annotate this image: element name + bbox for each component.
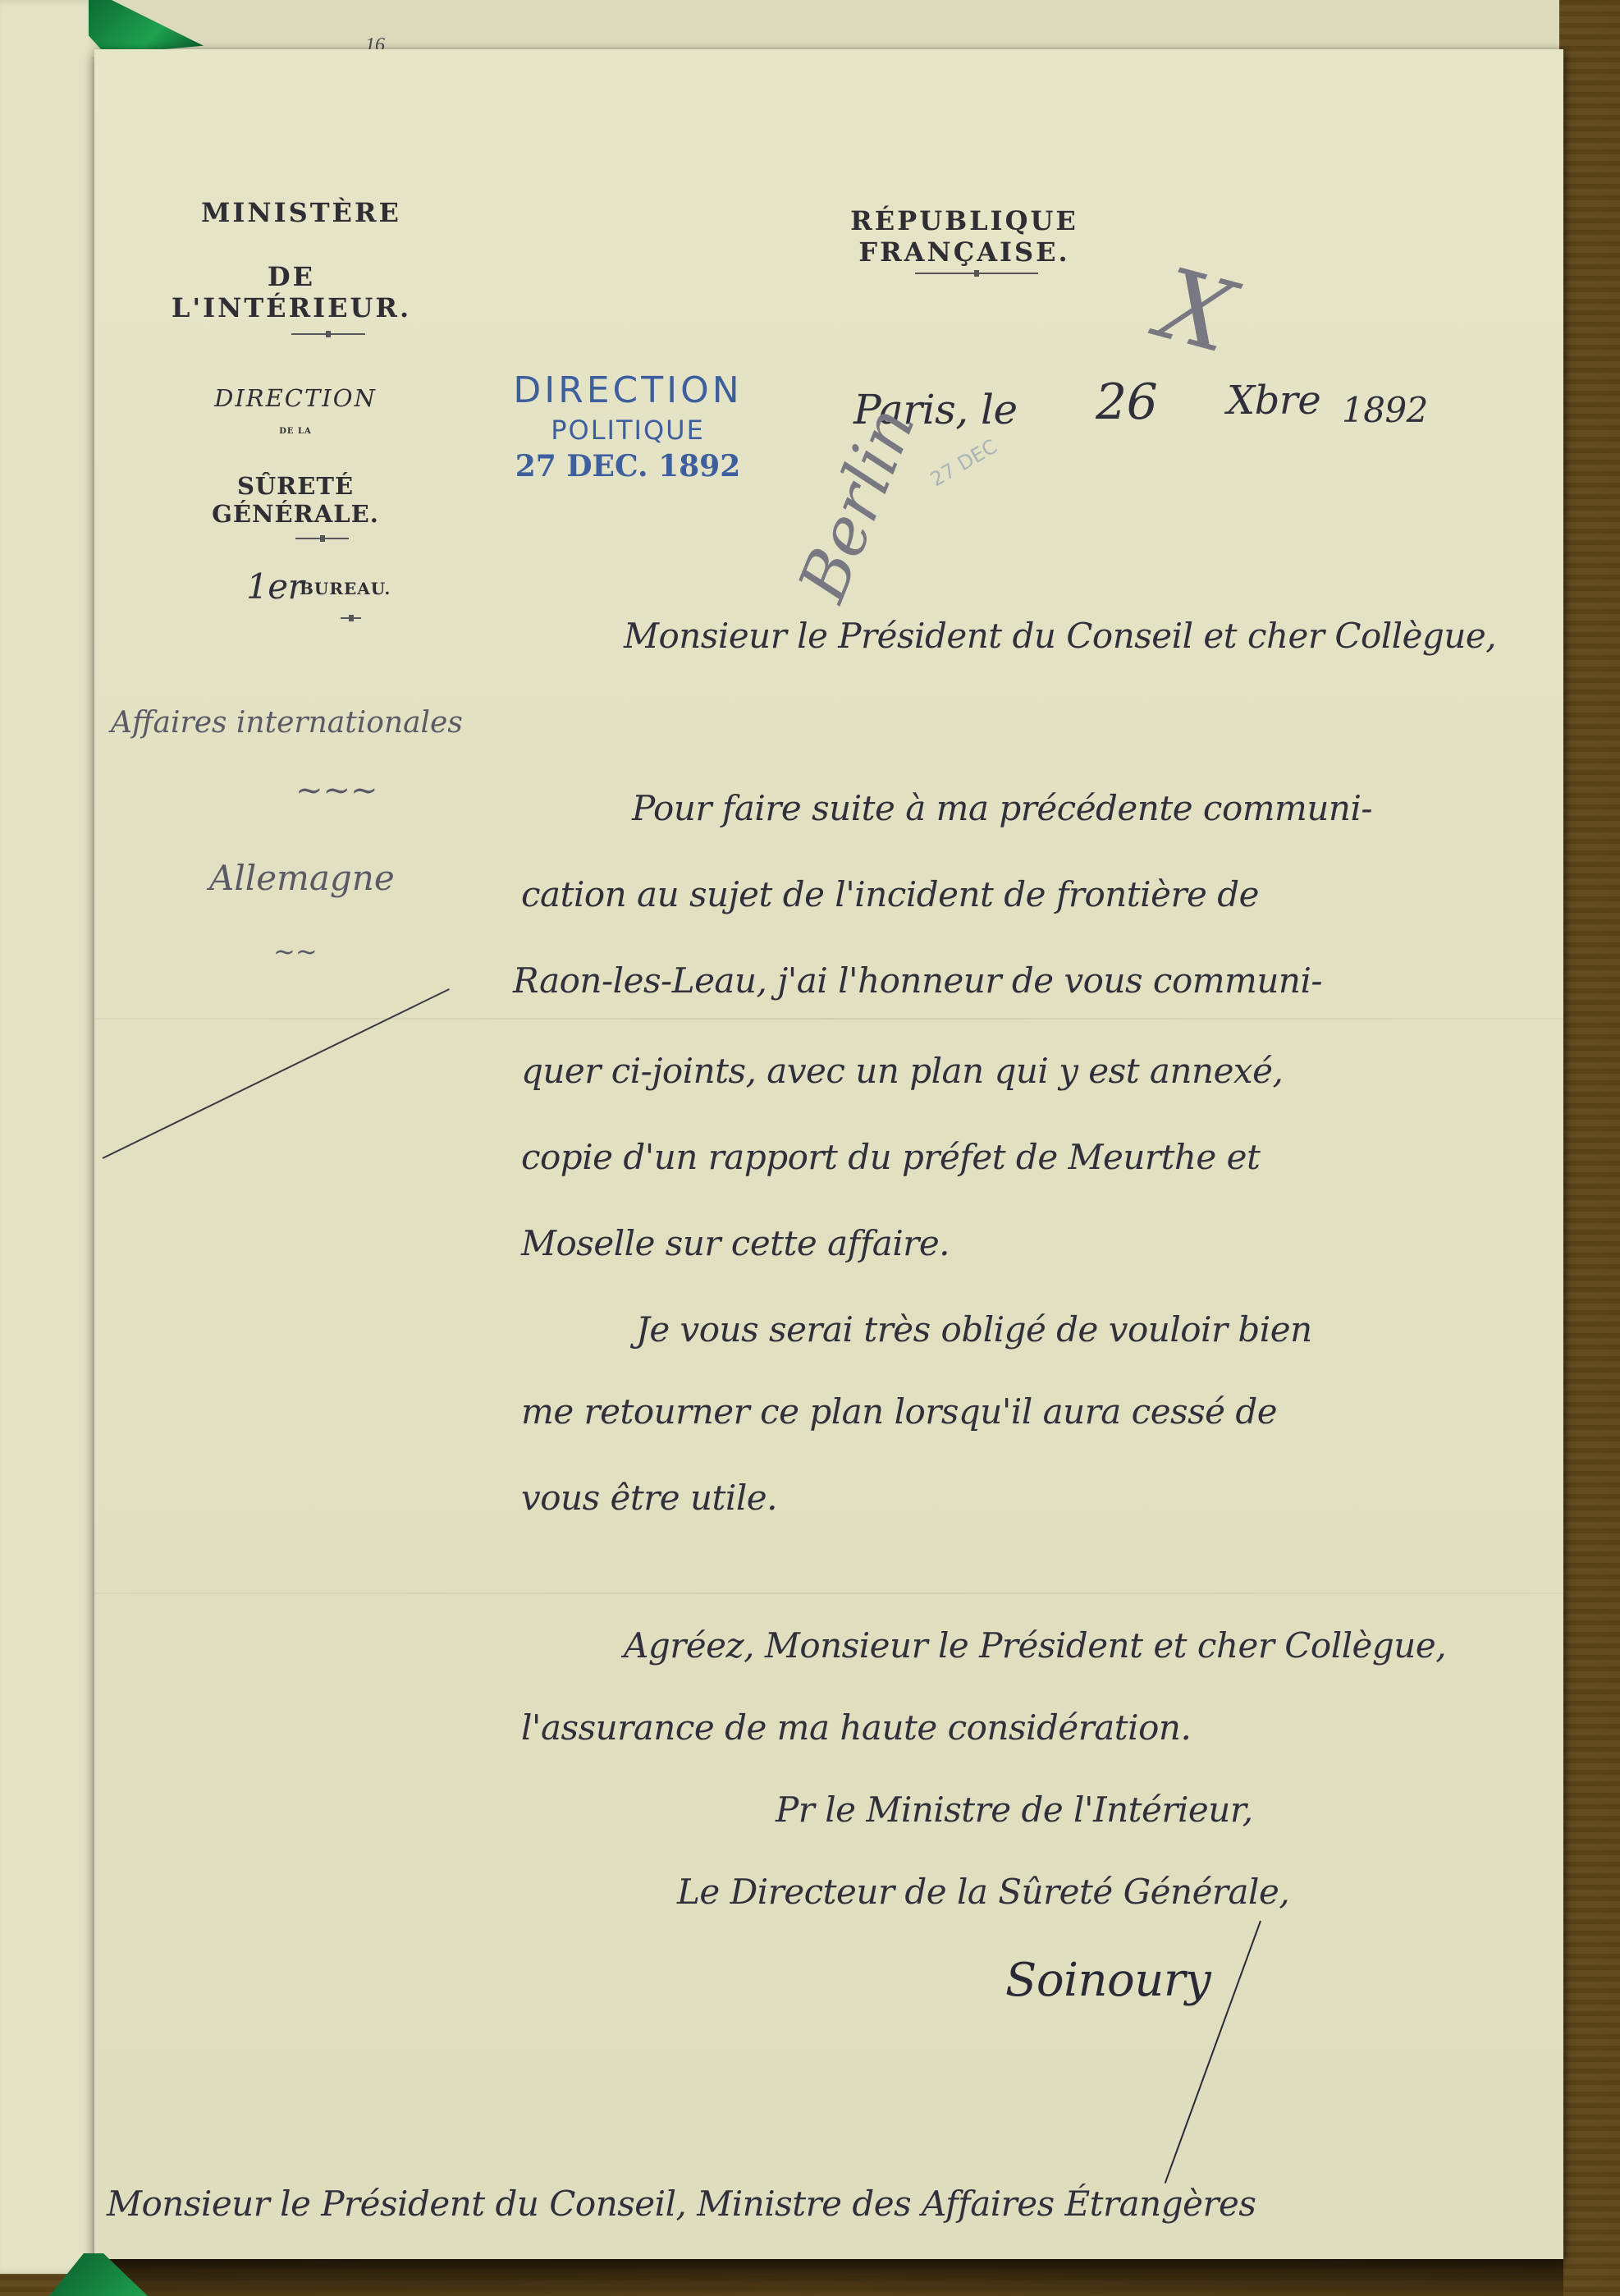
margin-subject: Affaires internationales	[111, 706, 463, 740]
stamp-line-1: DIRECTION	[501, 369, 755, 411]
body-line: vous être utile.	[521, 1478, 777, 1518]
margin-country: Allemagne	[209, 858, 395, 898]
margin-squiggle: ~~~	[295, 772, 378, 809]
direction-politique-stamp: DIRECTION POLITIQUE 27 DEC. 1892	[501, 369, 755, 483]
margin-squiggle: ~~	[273, 936, 318, 967]
bureau-label: BUREAU.	[300, 579, 390, 598]
letter-page: MINISTÈRE DE L'INTÉRIEUR. DIRECTION DE L…	[94, 49, 1563, 2259]
faint-date-stamp: 27 DEC	[927, 435, 1001, 492]
body-line: Pour faire suite à ma précédente communi…	[632, 788, 1372, 828]
diagonal-pen-line	[103, 988, 450, 1159]
salutation: Monsieur le Président du Conseil et cher…	[624, 616, 1496, 656]
paper-fold	[94, 1018, 1563, 1020]
addressee-line: Monsieur le Président du Conseil, Minist…	[107, 2184, 1256, 2224]
body-line: copie d'un rapport du préfet de Meurthe …	[521, 1137, 1260, 1177]
body-line: cation au sujet de l'incident de frontiè…	[521, 874, 1259, 914]
stamp-date: 27 DEC. 1892	[501, 449, 755, 483]
body-line: me retourner ce plan lorsqu'il aura cess…	[521, 1391, 1277, 1432]
ministry-line-2: DE L'INTÉRIEUR.	[168, 261, 414, 323]
ornament-divider	[295, 538, 349, 539]
republic-heading: RÉPUBLIQUE FRANÇAISE.	[751, 205, 1178, 268]
stamp-line-2: POLITIQUE	[501, 415, 755, 446]
de-la-label: DE LA	[279, 427, 312, 436]
folder-cover-left	[0, 0, 98, 2274]
dateline-day: 26	[1096, 374, 1157, 431]
dateline-year: 1892	[1342, 390, 1428, 430]
dateline-month: Xbre	[1227, 378, 1320, 424]
ornament-divider	[915, 273, 1038, 274]
body-line: Je vous serai très obligé de vouloir bie…	[636, 1309, 1312, 1350]
direction-label: DIRECTION	[213, 384, 378, 412]
ornament-divider	[291, 333, 365, 335]
page-bottom-shadow	[94, 2259, 1563, 2296]
closing-line: Agréez, Monsieur le Président et cher Co…	[624, 1625, 1446, 1666]
paper-fold	[94, 1593, 1563, 1594]
body-line: quer ci-joints, avec un plan qui y est a…	[521, 1051, 1283, 1091]
body-line: Moselle sur cette affaire.	[521, 1223, 950, 1263]
surete-generale-label: SÛRETÉ GÉNÉRALE.	[205, 472, 386, 528]
ministry-line-1: MINISTÈRE	[201, 197, 382, 228]
body-line: Raon-les-Leau, j'ai l'honneur de vous co…	[513, 960, 1322, 1001]
signature: Soinoury	[1005, 1954, 1210, 2007]
pencil-vertical-note: Berlin	[784, 397, 930, 612]
bureau-number-handwritten: 1er	[246, 566, 304, 607]
signature-line-1: Pr le Ministre de l'Intérieur,	[776, 1790, 1253, 1830]
signature-line-2: Le Directeur de la Sûreté Générale,	[677, 1872, 1289, 1912]
closing-line: l'assurance de ma haute considération.	[521, 1707, 1191, 1748]
ornament-dash	[341, 617, 361, 619]
